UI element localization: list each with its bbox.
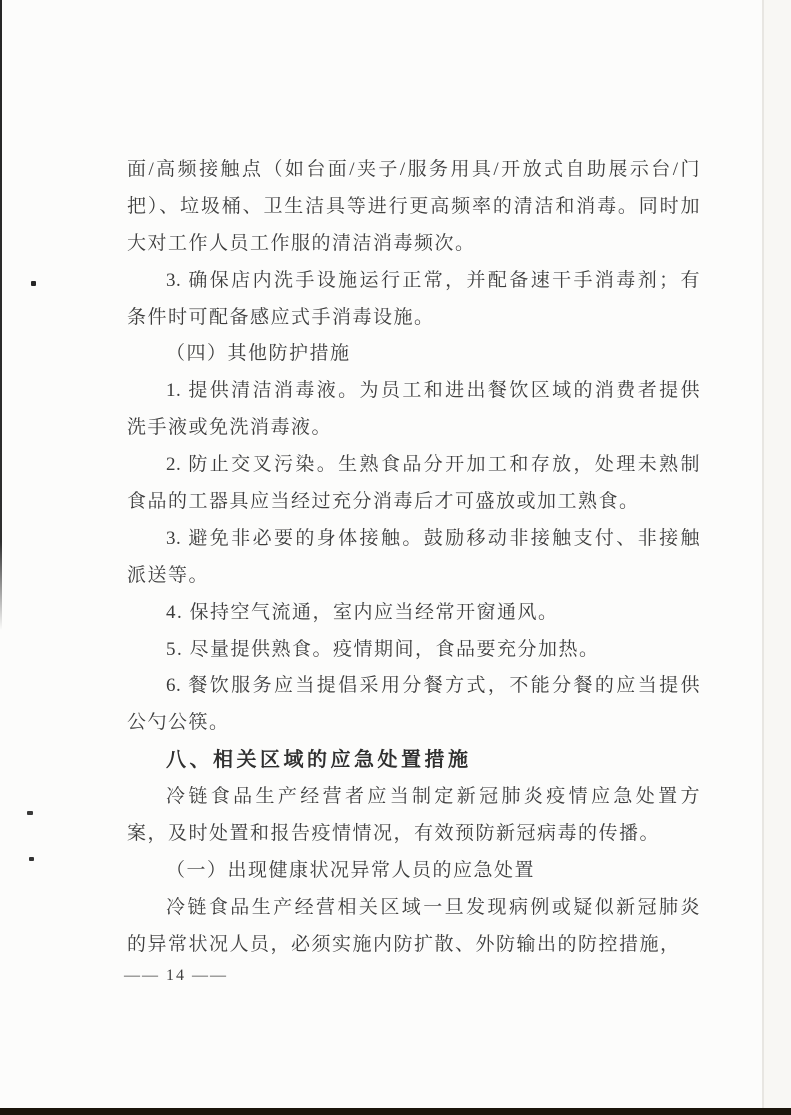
subsection-heading: （一）出现健康状况异常人员的应急处置	[127, 853, 700, 890]
text-line: 4. 保持空气流通，室内应当经常开窗通风。	[127, 595, 700, 632]
text-line: 食品的工器具应当经过充分消毒后才可盛放或加工熟食。	[127, 484, 700, 521]
text-line: 大对工作人员工作服的清洁消毒频次。	[127, 226, 700, 263]
scan-edge-left	[0, 0, 2, 630]
scan-right-strip	[764, 0, 791, 1115]
scan-dot	[31, 281, 36, 286]
text-line: 派送等。	[127, 558, 700, 595]
text-line: 冷链食品生产经营者应当制定新冠肺炎疫情应急处置方	[127, 779, 700, 816]
scan-dot	[29, 857, 34, 861]
document-body: 面/高频接触点（如台面/夹子/服务用具/开放式自助展示台/门 把）、垃圾桶、卫生…	[127, 152, 700, 964]
text-line: 3. 确保店内洗手设施运行正常，并配备速干手消毒剂；有	[127, 263, 700, 300]
section-heading: 八、相关区域的应急处置措施	[127, 742, 700, 779]
scanned-page: 面/高频接触点（如台面/夹子/服务用具/开放式自助展示台/门 把）、垃圾桶、卫生…	[0, 0, 791, 1115]
text-line: 冷链食品生产经营相关区域一旦发现病例或疑似新冠肺炎	[127, 890, 700, 927]
page-number: —— 14 ——	[124, 964, 228, 988]
text-line: 的异常状况人员，必须实施内防扩散、外防输出的防控措施，	[127, 927, 700, 964]
text-line: 公勺公筷。	[127, 705, 700, 742]
text-line: 2. 防止交叉污染。生熟食品分开加工和存放，处理未熟制	[127, 447, 700, 484]
text-line: 把）、垃圾桶、卫生洁具等进行更高频率的清洁和消毒。同时加	[127, 189, 700, 226]
text-line: 案，及时处置和报告疫情情况，有效预防新冠病毒的传播。	[127, 816, 700, 853]
scan-dot	[27, 811, 33, 815]
text-line: 3. 避免非必要的身体接触。鼓励移动非接触支付、非接触	[127, 521, 700, 558]
scan-fold-line	[762, 0, 764, 1115]
text-line: 洗手液或免洗消毒液。	[127, 410, 700, 447]
scan-bottom-bar	[0, 1108, 791, 1115]
text-line: 1. 提供清洁消毒液。为员工和进出餐饮区域的消费者提供	[127, 373, 700, 410]
subsection-heading: （四）其他防护措施	[127, 336, 700, 373]
text-line: 5. 尽量提供熟食。疫情期间，食品要充分加热。	[127, 632, 700, 669]
text-line: 条件时可配备感应式手消毒设施。	[127, 300, 700, 337]
text-line: 6. 餐饮服务应当提倡采用分餐方式，不能分餐的应当提供	[127, 668, 700, 705]
text-line: 面/高频接触点（如台面/夹子/服务用具/开放式自助展示台/门	[127, 152, 700, 189]
